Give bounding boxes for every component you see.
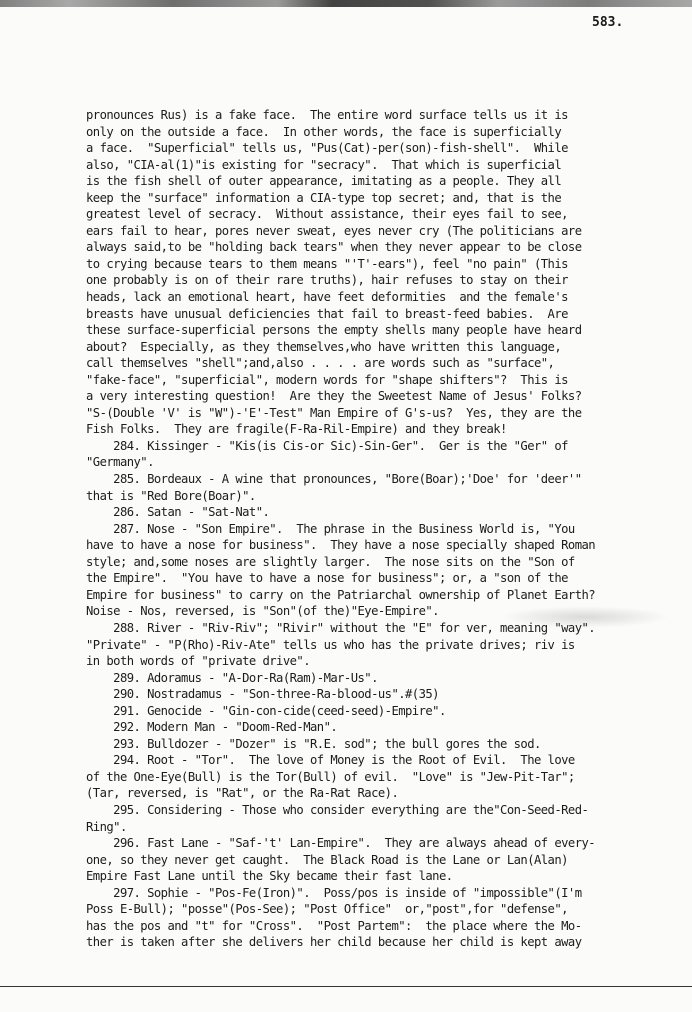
text-line: about? Especially, as they themselves,wh… [86, 339, 656, 356]
text-line: 292. Modern Man - "Doom-Red-Man". [86, 719, 656, 736]
text-line: style; and,some noses are slightly large… [86, 554, 656, 571]
text-line: 297. Sophie - "Pos-Fe(Iron)". Poss/pos i… [86, 885, 656, 902]
text-line: "fake-face", "superficial", modern words… [86, 372, 656, 389]
text-line: a face. "Superficial" tells us, "Pus(Cat… [86, 140, 656, 157]
text-line: heads, lack an emotional heart, have fee… [86, 289, 656, 306]
text-line: 290. Nostradamus - "Son-three-Ra-blood-u… [86, 686, 656, 703]
text-line: 296. Fast Lane - "Saf-'t' Lan-Empire". T… [86, 835, 656, 852]
text-line: is the fish shell of outer appearance, i… [86, 173, 656, 190]
text-line: pronounces Rus) is a fake face. The enti… [86, 107, 656, 124]
text-line: Ring". [86, 819, 656, 836]
text-line: keep the "surface" information a CIA-typ… [86, 190, 656, 207]
text-line: Noise - Nos, reversed, is "Son"(of the)"… [86, 603, 656, 620]
text-line: of the One-Eye(Bull) is the Tor(Bull) of… [86, 769, 656, 786]
text-line: 286. Satan - "Sat-Nat". [86, 504, 656, 521]
text-line: Empire for business" to carry on the Pat… [86, 587, 656, 604]
text-line: "S-(Double 'V' is "W")-'E'-Test" Man Emp… [86, 405, 656, 422]
text-line: only on the outside a face. In other wor… [86, 124, 656, 141]
text-line: "Germany". [86, 454, 656, 471]
page-number: 583. [592, 15, 623, 30]
text-line: the Empire". "You have to have a nose fo… [86, 570, 656, 587]
text-line: 289. Adoramus - "A-Dor-Ra(Ram)-Mar-Us". [86, 670, 656, 687]
text-line: call themselves "shell";and,also . . . .… [86, 355, 656, 372]
page-bottom-rule [0, 986, 692, 987]
text-line: one, so they never get caught. The Black… [86, 852, 656, 869]
text-line: 295. Considering - Those who consider ev… [86, 802, 656, 819]
text-line: 285. Bordeaux - A wine that pronounces, … [86, 471, 656, 488]
text-line: 287. Nose - "Son Empire". The phrase in … [86, 521, 656, 538]
text-line: ears fail to hear, pores never sweat, ey… [86, 223, 656, 240]
text-line: one probably is on of their rare truths)… [86, 272, 656, 289]
text-line: Fish Folks. They are fragile(F-Ra-Ril-Em… [86, 421, 656, 438]
text-line: ther is taken after she delivers her chi… [86, 934, 656, 951]
text-line: has the pos and "t" for "Cross". "Post P… [86, 918, 656, 935]
text-line: that is "Red Bore(Boar)". [86, 488, 656, 505]
text-line: 288. River - "Riv-Riv"; "Rivir" without … [86, 620, 656, 637]
text-line: 293. Bulldozer - "Dozer" is "R.E. sod"; … [86, 736, 656, 753]
text-line: 291. Genocide - "Gin-con-cide(ceed-seed)… [86, 703, 656, 720]
text-line: these surface-superficial persons the em… [86, 322, 656, 339]
text-line: greatest level of secracy. Without assis… [86, 206, 656, 223]
text-line: to crying because tears to them means "'… [86, 256, 656, 273]
text-line: also, "CIA-al(1)"is existing for "secrac… [86, 157, 656, 174]
text-line: breasts have unusual deficiencies that f… [86, 306, 656, 323]
text-line: Poss E-Bull); "posse"(Pos-See); "Post Of… [86, 901, 656, 918]
text-line: always said,to be "holding back tears" w… [86, 239, 656, 256]
text-line: 284. Kissinger - "Kis(is Cis-or Sic)-Sin… [86, 438, 656, 455]
document-body-text: pronounces Rus) is a fake face. The enti… [86, 107, 656, 951]
text-line: a very interesting question! Are they th… [86, 388, 656, 405]
text-line: 294. Root - "Tor". The love of Money is … [86, 752, 656, 769]
text-line: (Tar, reversed, is "Rat", or the Ra-Rat … [86, 785, 656, 802]
text-line: in both words of "private drive". [86, 653, 656, 670]
scan-artifact-top-edge [0, 0, 692, 7]
text-line: have to have a nose for business". They … [86, 537, 656, 554]
text-line: "Private" - "P(Rho)-Riv-Ate" tells us wh… [86, 637, 656, 654]
text-line: Empire Fast Lane until the Sky became th… [86, 868, 656, 885]
